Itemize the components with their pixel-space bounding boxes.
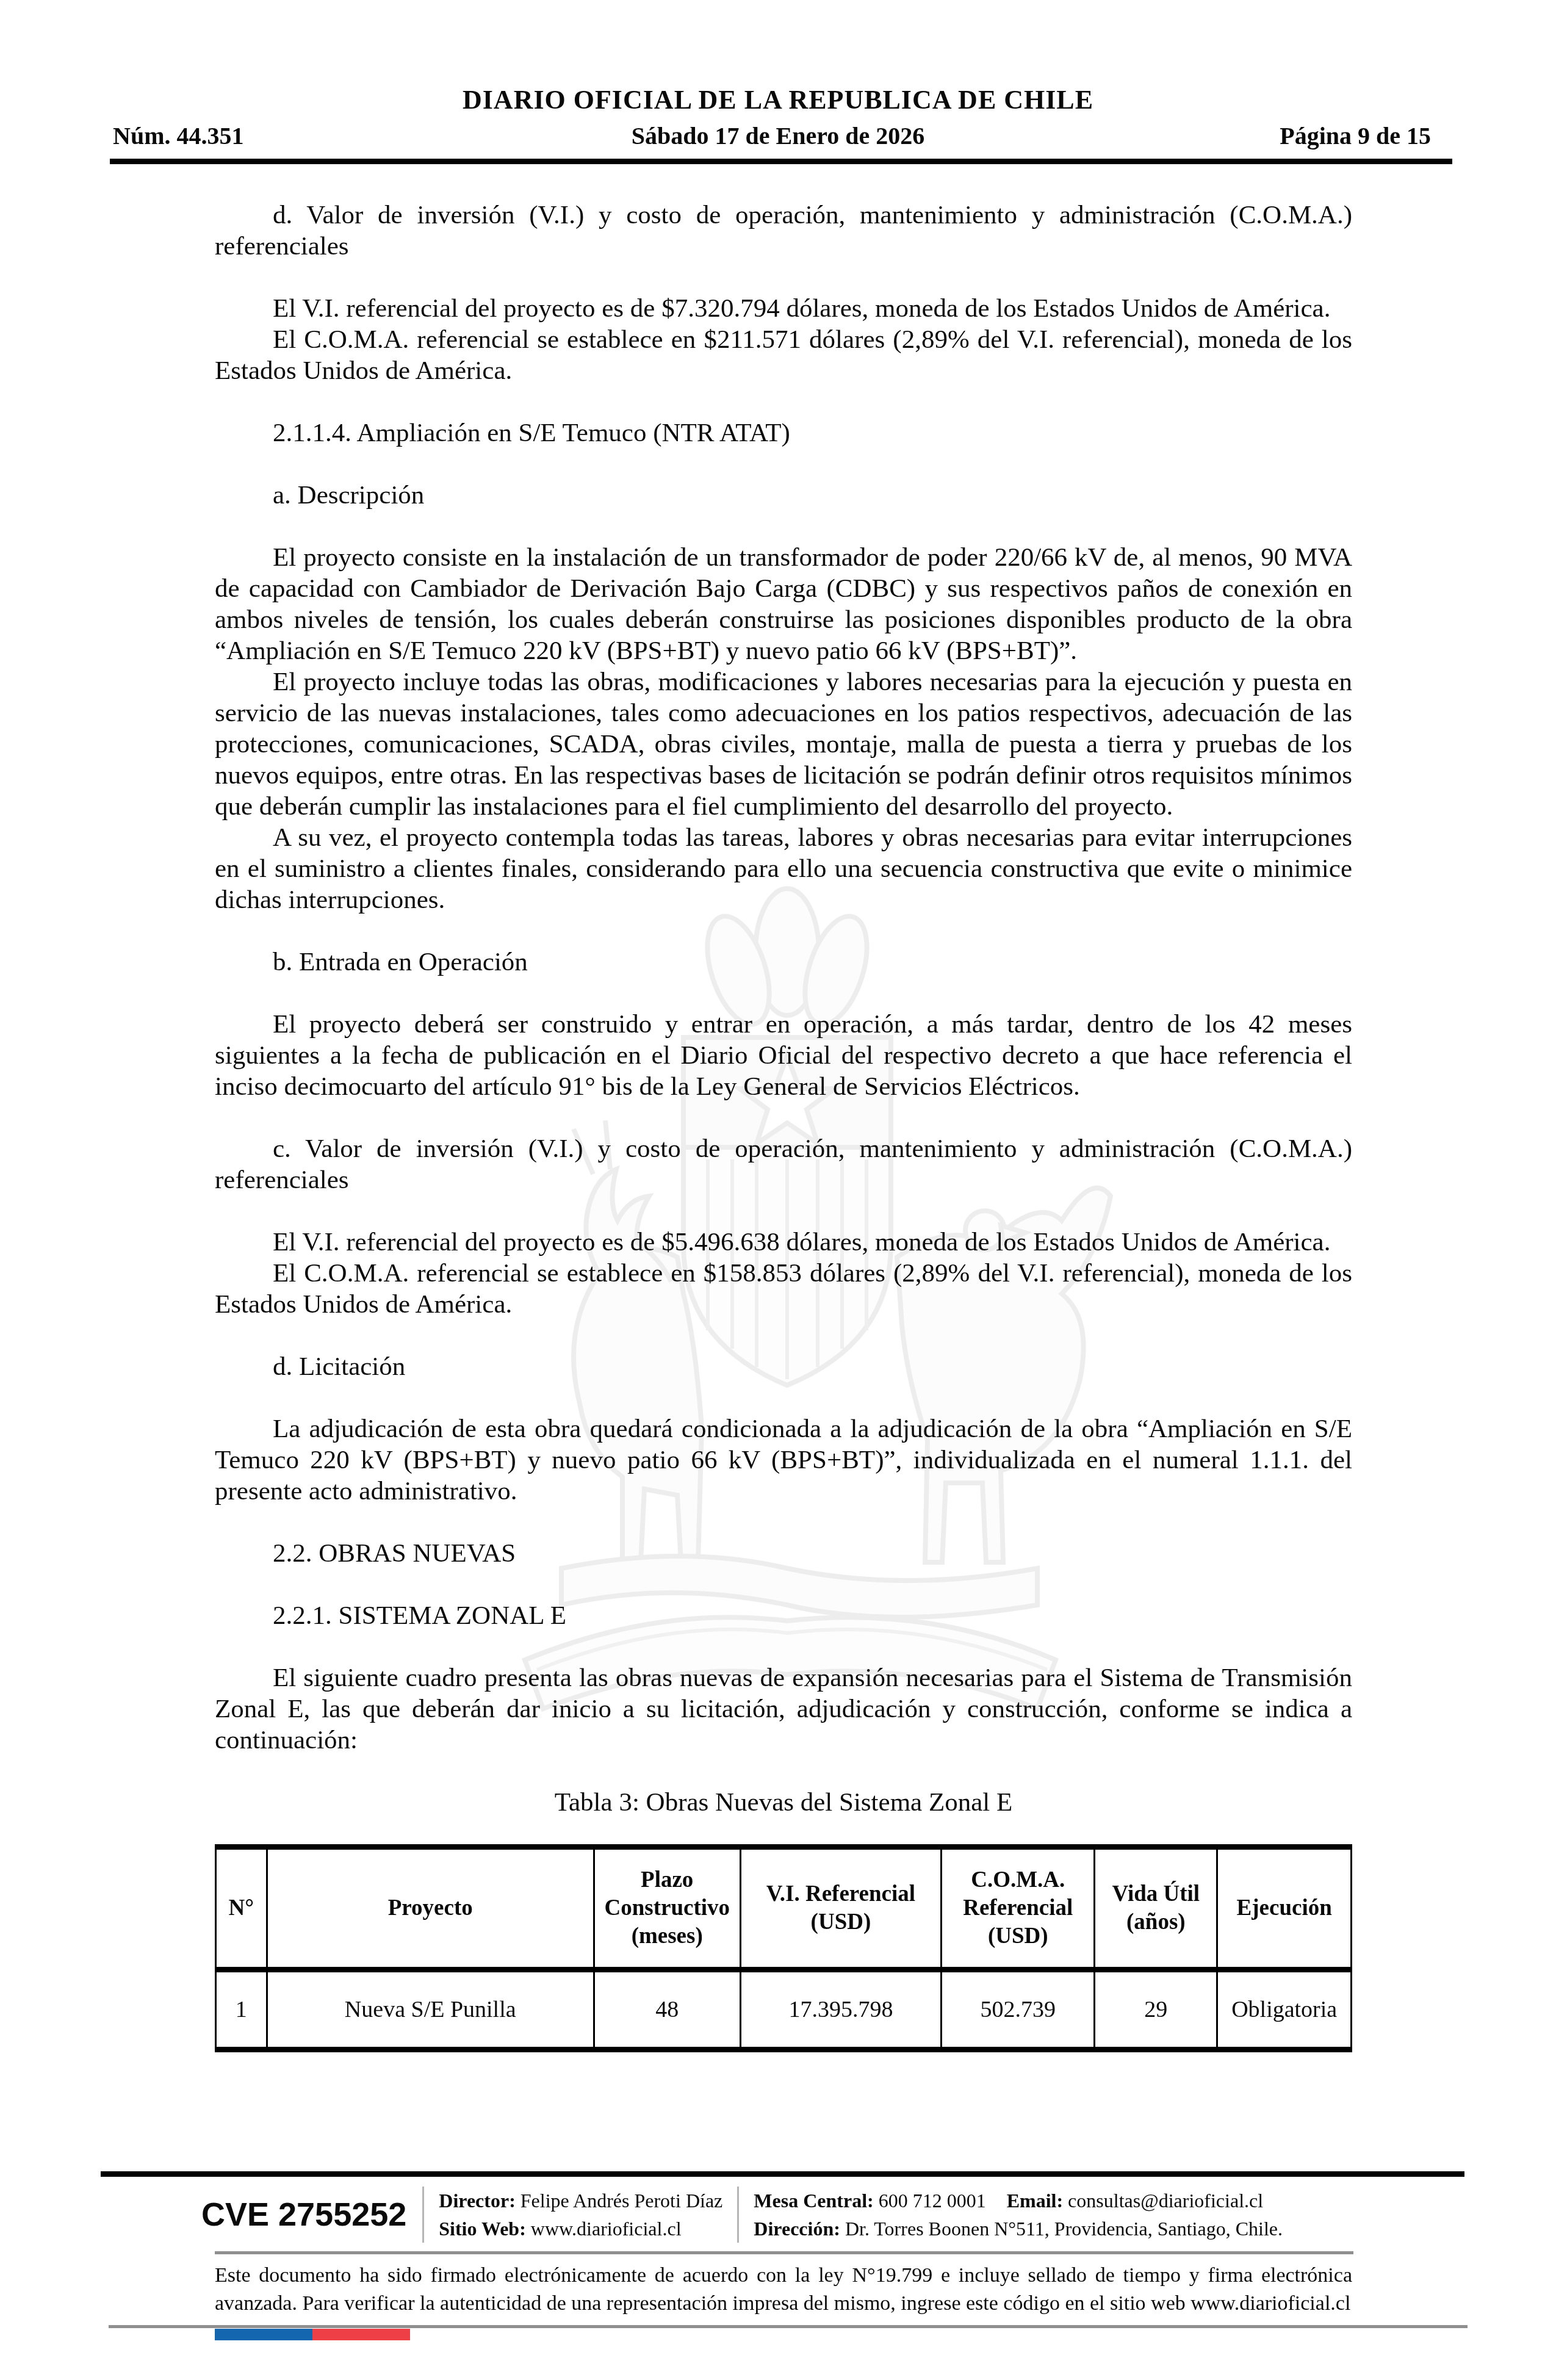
section-heading: 2.1.1.4. Ampliación en S/E Temuco (NTR A… — [215, 417, 1352, 449]
obras-nuevas-table: N° Proyecto Plazo Constructivo (meses) V… — [215, 1844, 1352, 2052]
paragraph: El proyecto incluye todas las obras, mod… — [215, 666, 1352, 822]
section-heading: 2.2.1. SISTEMA ZONAL E — [215, 1600, 1352, 1631]
section-heading: 2.2. OBRAS NUEVAS — [215, 1538, 1352, 1569]
paragraph: A su vez, el proyecto contempla todas la… — [215, 822, 1352, 915]
col-header-numero: N° — [216, 1847, 267, 1970]
director-label: Director: — [439, 2190, 516, 2212]
cell-ejecucion: Obligatoria — [1217, 1970, 1352, 2050]
page-indicator: Página 9 de 15 — [1280, 122, 1431, 150]
section-heading: c. Valor de inversión (V.I.) y costo de … — [215, 1133, 1352, 1195]
phone-label: Mesa Central: — [754, 2190, 873, 2212]
phone-number: 600 712 0001 — [879, 2190, 986, 2212]
paragraph: El C.O.M.A. referencial se establece en … — [215, 1258, 1352, 1320]
section-heading: d. Licitación — [215, 1351, 1352, 1382]
footer-gray-rule-bottom — [109, 2325, 1468, 2328]
paragraph: El siguiente cuadro presenta las obras n… — [215, 1662, 1352, 1756]
footer-director-column: Director: Felipe Andrés Peroti Díaz Siti… — [424, 2187, 737, 2243]
cell-proyecto: Nueva S/E Punilla — [267, 1970, 594, 2050]
address-label: Dirección: — [754, 2218, 840, 2240]
paragraph: El C.O.M.A. referencial se establece en … — [215, 324, 1352, 386]
email-label: Email: — [1007, 2190, 1063, 2212]
page-header: DIARIO OFICIAL DE LA REPUBLICA DE CHILE … — [0, 0, 1556, 164]
paragraph: El V.I. referencial del proyecto es de $… — [215, 293, 1352, 324]
website-url: www.diarioficial.cl — [531, 2218, 682, 2240]
director-name: Felipe Andrés Peroti Díaz — [520, 2190, 722, 2212]
table-row: 1 Nueva S/E Punilla 48 17.395.798 502.73… — [216, 1970, 1352, 2050]
footer-info-row: CVE 2755252 Director: Felipe Andrés Pero… — [201, 2187, 1373, 2243]
cell-vi: 17.395.798 — [740, 1970, 941, 2050]
section-heading: b. Entrada en Operación — [215, 947, 1352, 978]
footer-gray-rule-top — [215, 2251, 1353, 2254]
section-heading: a. Descripción — [215, 480, 1352, 511]
cell-numero: 1 — [216, 1970, 267, 2050]
director-line: Director: Felipe Andrés Peroti Díaz — [439, 2187, 722, 2215]
website-label: Sitio Web: — [439, 2218, 526, 2240]
paragraph: El proyecto deberá ser construido y entr… — [215, 1009, 1352, 1102]
paragraph: El proyecto consiste en la instalación d… — [215, 542, 1352, 666]
header-meta-row: Núm. 44.351 Sábado 17 de Enero de 2026 P… — [0, 122, 1556, 150]
address-value: Dr. Torres Boonen N°511, Providencia, Sa… — [845, 2218, 1283, 2240]
email-address: consultas@diarioficial.cl — [1068, 2190, 1263, 2212]
paragraph: La adjudicación de esta obra quedará con… — [215, 1413, 1352, 1507]
section-heading: d. Valor de inversión (V.I.) y costo de … — [215, 200, 1352, 262]
chile-flag-bar — [215, 2329, 410, 2340]
phone-email-line: Mesa Central: 600 712 0001Email: consult… — [754, 2187, 1283, 2215]
col-header-coma: C.O.M.A. Referencial (USD) — [942, 1847, 1095, 1970]
header-rule — [110, 159, 1452, 164]
col-header-ejecucion: Ejecución — [1217, 1847, 1352, 1970]
table-header-row: N° Proyecto Plazo Constructivo (meses) V… — [216, 1847, 1352, 1970]
legal-notice: Este documento ha sido firmado electróni… — [215, 2262, 1352, 2318]
document-body: d. Valor de inversión (V.I.) y costo de … — [215, 200, 1352, 2052]
cell-plazo: 48 — [594, 1970, 740, 2050]
footer-top-rule — [101, 2171, 1464, 2177]
website-line: Sitio Web: www.diarioficial.cl — [439, 2215, 722, 2243]
flag-blue-segment — [215, 2329, 312, 2340]
col-header-vida-util: Vida Útil (años) — [1095, 1847, 1217, 1970]
newspaper-title: DIARIO OFICIAL DE LA REPUBLICA DE CHILE — [0, 85, 1556, 115]
cell-vida-util: 29 — [1095, 1970, 1217, 2050]
paragraph: El V.I. referencial del proyecto es de $… — [215, 1227, 1352, 1258]
document-page: DIARIO OFICIAL DE LA REPUBLICA DE CHILE … — [0, 0, 1556, 2380]
cve-code: CVE 2755252 — [201, 2201, 422, 2229]
flag-red-segment — [312, 2329, 410, 2340]
cell-coma: 502.739 — [942, 1970, 1095, 2050]
address-line: Dirección: Dr. Torres Boonen N°511, Prov… — [754, 2215, 1283, 2243]
col-header-proyecto: Proyecto — [267, 1847, 594, 1970]
page-footer: CVE 2755252 Director: Felipe Andrés Pero… — [0, 2171, 1556, 2340]
col-header-vi: V.I. Referencial (USD) — [740, 1847, 941, 1970]
footer-contact-column: Mesa Central: 600 712 0001Email: consult… — [739, 2187, 1297, 2243]
table-caption: Tabla 3: Obras Nuevas del Sistema Zonal … — [215, 1787, 1352, 1818]
col-header-plazo: Plazo Constructivo (meses) — [594, 1847, 740, 1970]
